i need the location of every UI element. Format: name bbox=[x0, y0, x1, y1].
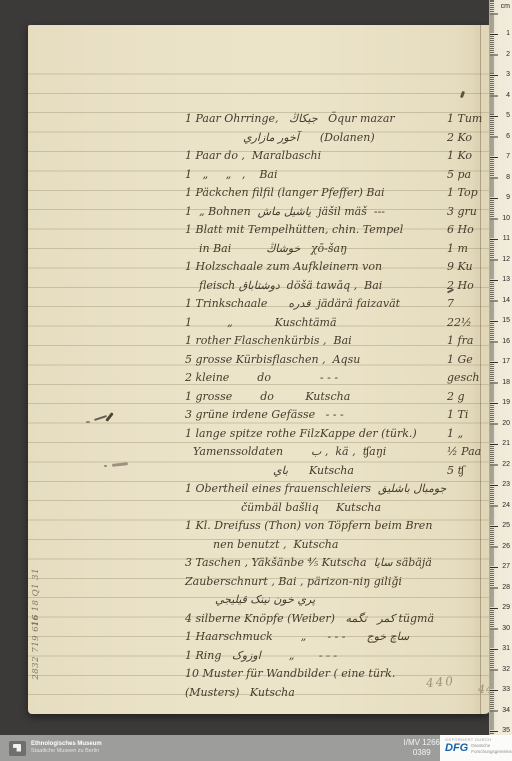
ruler-label: 18 bbox=[502, 379, 510, 386]
right-column-fragment: 22½ bbox=[447, 316, 472, 329]
manuscript-line-text: آخور مازاري (Dolanen) bbox=[243, 131, 375, 144]
ruler-label: 2 bbox=[506, 51, 510, 58]
ruler-label: 29 bbox=[502, 604, 510, 611]
ruler-label: 10 bbox=[502, 215, 510, 222]
manuscript-line: 1 Paar Ohrringe, جيكاڭ Ōqur mazar1 Tum bbox=[185, 112, 490, 130]
manuscript-line-text: Yamenssoldaten ب , kä , ʧaŋi bbox=[193, 445, 386, 458]
ruler-label: 28 bbox=[502, 584, 510, 591]
right-column-fragment: 7 bbox=[447, 297, 454, 310]
ruler-label: 19 bbox=[502, 399, 510, 406]
manuscript-line: in Bai خوشاڭ χō-šaŋ1 m bbox=[185, 242, 490, 260]
ruler-label: 15 bbox=[502, 317, 510, 324]
scan-page-number: 0389 bbox=[404, 748, 440, 758]
right-column-fragment: 5 ʧ bbox=[447, 464, 464, 477]
manuscript-line: آخور مازاري (Dolanen)2 Ko bbox=[185, 131, 490, 149]
manuscript-line-text: 2 kleine do - - - bbox=[185, 371, 338, 384]
right-column-fragment: 1 Ge bbox=[447, 353, 473, 366]
ruler-label: 30 bbox=[502, 625, 510, 632]
manuscript-line: 3 grüne irdene Gefässe - - -1 Ti bbox=[185, 408, 490, 426]
ruler-label: 7 bbox=[506, 153, 510, 160]
manuscript-line: 1 „ Kuschtämä22½ bbox=[185, 316, 490, 334]
manuscript-line: 1 Päckchen filfil (langer Pfeffer) Bai1 … bbox=[185, 186, 490, 204]
measurement-ruler: cm12345678910111213141516171819202122232… bbox=[489, 0, 512, 735]
manuscript-line-text: 1 Päckchen filfil (langer Pfeffer) Bai bbox=[185, 186, 385, 199]
museum-name: Ethnologisches Museum bbox=[31, 741, 102, 749]
manuscript-line: 2 kleine do - - -gesch bbox=[185, 371, 490, 389]
manuscript-line-text: nen benutzt , Kutscha bbox=[213, 538, 338, 551]
manuscript-line: 1 „ „ , Bai5 pa bbox=[185, 168, 490, 186]
ruler-label: 22 bbox=[502, 461, 510, 468]
manuscript-line: 1 Holzschaale zum Aufkleinern von9 Ku bbox=[185, 260, 490, 278]
ruler-label: 31 bbox=[502, 645, 510, 652]
right-column-fragment: 1 „ bbox=[447, 427, 463, 440]
ruler-label: 26 bbox=[502, 543, 510, 550]
ruler-label: 11 bbox=[503, 235, 510, 242]
ruler-label: 4 bbox=[506, 92, 510, 99]
right-column-fragment: 1 Tum bbox=[447, 112, 482, 125]
manuscript-line-text: 1 rother Flaschenkürbis , Bai bbox=[185, 334, 352, 347]
scan-viewer: 1 Paar Ohrringe, جيكاڭ Ōqur mazar1 Tumآخ… bbox=[0, 0, 512, 761]
manuscript-line-text: باي Kutscha bbox=[273, 464, 354, 477]
manuscript-line-text: 1 Paar do , Maralbaschi bbox=[185, 149, 321, 162]
manuscript-line: fleisch دوشتاباق döšä tawāq , Bai2 Ho bbox=[185, 279, 490, 297]
manuscript-page: 1 Paar Ohrringe, جيكاڭ Ōqur mazar1 Tumآخ… bbox=[28, 25, 490, 714]
right-column-fragment: 5 pa bbox=[447, 168, 471, 181]
pencil-number: 440 bbox=[425, 674, 455, 690]
right-column-fragment: 9 Ku bbox=[447, 260, 473, 273]
archive-reference: I/MV 1266 bbox=[404, 738, 440, 748]
right-column-fragment: 3 gru bbox=[447, 205, 477, 218]
footer-reference-block: I/MV 1266 0389 bbox=[404, 738, 440, 759]
manuscript-line: nen benutzt , Kutscha bbox=[185, 538, 490, 556]
ruler-label: 3 bbox=[506, 71, 510, 78]
manuscript-line-text: 3 grüne irdene Gefässe - - - bbox=[185, 408, 344, 421]
manuscript-line: پري خون نينک قيليجي bbox=[185, 593, 490, 611]
ruler-label: 33 bbox=[502, 686, 510, 693]
manuscript-line-text: 1 „ Bohnen ياشيل ماش jäšil mäš --- bbox=[185, 205, 385, 218]
smb-museum-logo-icon bbox=[9, 741, 26, 756]
dfg-full-name: Deutsche Forschungsgemeinschaft bbox=[471, 743, 507, 753]
manuscript-line: 4 silberne Knöpfe (Weiber) كمر تگمه tügm… bbox=[185, 612, 490, 630]
ruler-label: 27 bbox=[502, 563, 510, 570]
manuscript-line: باي Kutscha5 ʧ bbox=[185, 464, 490, 482]
manuscript-text: 1 Paar Ohrringe, جيكاڭ Ōqur mazar1 Tumآخ… bbox=[185, 112, 490, 712]
manuscript-line-text: 10 Muster für Wandbilder ( eine türk. bbox=[185, 667, 395, 680]
manuscript-line: 1 lange spitze rothe FilzKappe der (türk… bbox=[185, 427, 490, 445]
manuscript-line-text: 1 „ Kuschtämä bbox=[185, 316, 337, 329]
manuscript-line-text: 1 Blatt mit Tempelhütten, chin. Tempel bbox=[185, 223, 403, 236]
manuscript-line: Zauberschnurt , Bai , pärizon-niŋ giliǧi bbox=[185, 575, 490, 593]
footer-bar: Ethnologisches Museum Staatliche Museen … bbox=[0, 735, 512, 761]
manuscript-line-text: Zauberschnurt , Bai , pärizon-niŋ giliǧi bbox=[185, 575, 402, 588]
manuscript-line-text: 1 Holzschaale zum Aufkleinern von bbox=[185, 260, 382, 273]
footer-museum-block: Ethnologisches Museum Staatliche Museen … bbox=[0, 741, 404, 756]
manuscript-line: 1 Haarschmuck „ - - - ساچ خوج bbox=[185, 630, 490, 648]
margin-inventory-note: 719 616 bbox=[31, 614, 41, 653]
manuscript-line: Yamenssoldaten ب , kä , ʧaŋi½ Paa bbox=[185, 445, 490, 463]
ruler-label: 5 bbox=[506, 112, 510, 119]
manuscript-line: 1 rother Flaschenkürbis , Bai1 fra bbox=[185, 334, 490, 352]
ruler-label: 21 bbox=[502, 440, 510, 447]
manuscript-line-text: 1 Paar Ohrringe, جيكاڭ Ōqur mazar bbox=[185, 112, 395, 125]
ruler-label: 25 bbox=[502, 522, 510, 529]
manuscript-line-text: 5 grosse Kürbisflaschen , Aqsu bbox=[185, 353, 360, 366]
manuscript-line-text: 1 Trinkschaale قدره jädärä faizavät bbox=[185, 297, 400, 310]
manuscript-line: 1 „ Bohnen ياشيل ماش jäšil mäš ---3 gru bbox=[185, 205, 490, 223]
right-column-fragment: 1 Top bbox=[447, 186, 478, 199]
ruler-label: 17 bbox=[502, 358, 510, 365]
margin-inventory-note: 2832 bbox=[31, 656, 41, 680]
ruler-label: 12 bbox=[502, 256, 510, 263]
ruler-label: 32 bbox=[502, 666, 510, 673]
manuscript-line-text: 1 Kl. Dreifuss (Thon) von Töpfern beim B… bbox=[185, 519, 432, 532]
manuscript-line: 5 grosse Kürbisflaschen , Aqsu1 Ge bbox=[185, 353, 490, 371]
ruler-label: 35 bbox=[502, 727, 510, 734]
manuscript-line: 1 Paar do , Maralbaschi1 Ko bbox=[185, 149, 490, 167]
ruler-label: 8 bbox=[506, 174, 510, 181]
ruler-label: cm bbox=[501, 3, 510, 10]
ruler-cm-ticks bbox=[490, 0, 498, 735]
manuscript-line-text: fleisch دوشتاباق döšä tawāq , Bai bbox=[199, 279, 382, 292]
manuscript-line-text: 1 Haarschmuck „ - - - ساچ خوج bbox=[185, 630, 409, 643]
manuscript-line: 1 grosse do Kutscha2 g bbox=[185, 390, 490, 408]
manuscript-line-text: 1 Obertheil eines frauenschleiers جومبال… bbox=[185, 482, 446, 495]
museum-subtitle: Staatliche Museen zu Berlin bbox=[31, 748, 102, 755]
ruler-label: 6 bbox=[506, 133, 510, 140]
ruler-label: 16 bbox=[502, 338, 510, 345]
dfg-logo-block: GEFÖRDERT DURCH DFG Deutsche Forschungsg… bbox=[440, 735, 512, 761]
right-column-fragment: 2 Ko bbox=[447, 131, 472, 144]
manuscript-line: 1 Obertheil eines frauenschleiers جومبال… bbox=[185, 482, 490, 500]
manuscript-line-text: 1 grosse do Kutscha bbox=[185, 390, 350, 403]
ink-smudge bbox=[104, 465, 107, 467]
ruler-label: 20 bbox=[502, 420, 510, 427]
right-column-fragment: ½ Paa bbox=[447, 445, 481, 458]
manuscript-line-text: 1 Ring اوزوک „ - - - bbox=[185, 649, 337, 662]
manuscript-line-text: 3 Taschen , Yäkšänbe ⅘ Kutscha سايا säbä… bbox=[185, 556, 432, 569]
dfg-logo-icon: DFG bbox=[445, 743, 468, 754]
manuscript-line-text: 1 „ „ , Bai bbox=[185, 168, 278, 181]
right-column-fragment: 1 m bbox=[447, 242, 468, 255]
manuscript-line: čümbäl bašliq Kutscha bbox=[185, 501, 490, 519]
ruler-label: 13 bbox=[502, 276, 510, 283]
ruler-label: 24 bbox=[502, 502, 510, 509]
right-column-fragment: 1 fra bbox=[447, 334, 473, 347]
right-column-fragment: 6 Ho bbox=[447, 223, 474, 236]
ink-smudge bbox=[86, 421, 90, 423]
manuscript-line: 1 Ring اوزوک „ - - - bbox=[185, 649, 490, 667]
manuscript-line-text: 4 silberne Knöpfe (Weiber) كمر تگمه tügm… bbox=[185, 612, 434, 625]
ruler-label: 23 bbox=[502, 481, 510, 488]
manuscript-line-text: 1 lange spitze rothe FilzKappe der (türk… bbox=[185, 427, 417, 440]
right-column-fragment: 1 Ko bbox=[447, 149, 472, 162]
manuscript-line-text: پري خون نينک قيليجي bbox=[215, 593, 315, 606]
manuscript-line: 1 Blatt mit Tempelhütten, chin. Tempel6 … bbox=[185, 223, 490, 241]
manuscript-line-text: čümbäl bašliq Kutscha bbox=[241, 501, 381, 514]
right-column-fragment: gesch bbox=[447, 371, 479, 384]
manuscript-line-text: (Musters) Kutscha bbox=[185, 686, 295, 699]
right-column-fragment: 1 Ti bbox=[447, 408, 468, 421]
ruler-label: 14 bbox=[502, 297, 510, 304]
manuscript-line: 3 Taschen , Yäkšänbe ⅘ Kutscha سايا säbä… bbox=[185, 556, 490, 574]
right-column-fragment: 2 g bbox=[447, 390, 465, 403]
ruler-label: 1 bbox=[506, 30, 510, 37]
ruler-label: 34 bbox=[502, 707, 510, 714]
ruler-label: 9 bbox=[506, 194, 510, 201]
manuscript-line-text: in Bai خوشاڭ χō-šaŋ bbox=[199, 242, 347, 255]
manuscript-line: 1 Kl. Dreifuss (Thon) von Töpfern beim B… bbox=[185, 519, 490, 537]
manuscript-line: 1 Trinkschaale قدره jädärä faizavät7 bbox=[185, 297, 490, 315]
